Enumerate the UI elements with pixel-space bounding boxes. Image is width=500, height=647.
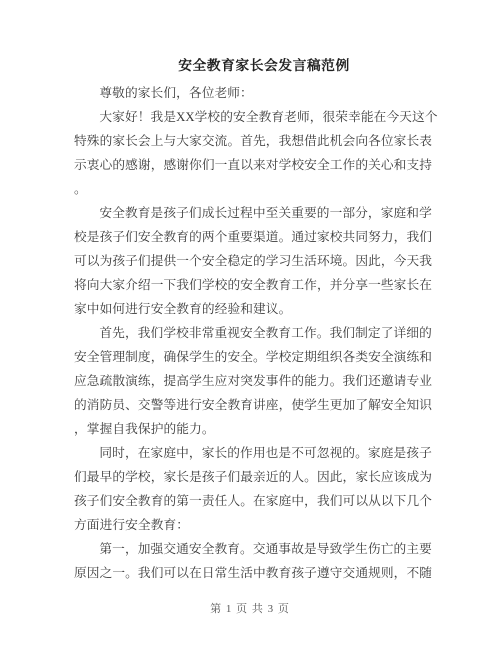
paragraph: 大家好！我是XX学校的安全教育老师，很荣幸能在今天这个特殊的家长会上与大家交流。… <box>74 105 428 201</box>
text-line: ，掌握自我保护的能力。 <box>74 417 428 441</box>
paragraph: 尊敬的家长们，各位老师： <box>74 81 428 105</box>
text-line: 应急疏散演练，提高学生应对突发事件的能力。我们还邀请专业 <box>74 369 428 393</box>
paragraph: 安全教育是孩子们成长过程中至关重要的一部分，家庭和学校是孩子们安全教育的两个重要… <box>74 201 428 321</box>
text-line: 安全教育是孩子们成长过程中至关重要的一部分，家庭和学 <box>74 201 428 225</box>
text-line: 校是孩子们安全教育的两个重要渠道。通过家校共同努力，我们 <box>74 225 428 249</box>
text-line: 特殊的家长会上与大家交流。首先，我想借此机会向各位家长表 <box>74 129 428 153</box>
document-title: 安全教育家长会发言稿范例 <box>14 56 500 76</box>
text-line: 示衷心的感谢，感谢你们一直以来对学校安全工作的关心和支持 <box>74 153 428 177</box>
document-page: 安全教育家长会发言稿范例 尊敬的家长们，各位老师：大家好！我是XX学校的安全教育… <box>0 0 500 647</box>
text-line: 家中如何进行安全教育的经验和建议。 <box>74 297 428 321</box>
document-body: 尊敬的家长们，各位老师：大家好！我是XX学校的安全教育老师，很荣幸能在今天这个特… <box>74 81 428 585</box>
paragraph: 同时，在家庭中，家长的作用也是不可忽视的。家庭是孩子们最早的学校，家长是孩子们最… <box>74 441 428 537</box>
text-line: 。 <box>74 177 428 201</box>
text-line: 可以为孩子们提供一个安全稳定的学习生活环境。因此，今天我 <box>74 249 428 273</box>
text-line: 的消防员、交警等进行安全教育讲座，使学生更加了解安全知识 <box>74 393 428 417</box>
page-footer: 第 1 页 共 3 页 <box>0 601 500 617</box>
text-line: 大家好！我是XX学校的安全教育老师，很荣幸能在今天这个 <box>74 105 428 129</box>
paragraph: 第一，加强交通安全教育。交通事故是导致学生伤亡的主要原因之一。我们可以在日常生活… <box>74 537 428 585</box>
text-line: 将向大家介绍一下我们学校的安全教育工作，并分享一些家长在 <box>74 273 428 297</box>
text-line: 同时，在家庭中，家长的作用也是不可忽视的。家庭是孩子 <box>74 441 428 465</box>
paragraph: 首先，我们学校非常重视安全教育工作。我们制定了详细的安全管理制度，确保学生的安全… <box>74 321 428 441</box>
text-line: 尊敬的家长们，各位老师： <box>74 81 428 105</box>
text-line: 原因之一。我们可以在日常生活中教育孩子遵守交通规则，不随 <box>74 561 428 585</box>
text-line: 第一，加强交通安全教育。交通事故是导致学生伤亡的主要 <box>74 537 428 561</box>
text-line: 安全管理制度，确保学生的安全。学校定期组织各类安全演练和 <box>74 345 428 369</box>
text-line: 方面进行安全教育： <box>74 513 428 537</box>
text-line: 孩子们安全教育的第一责任人。在家庭中，我们可以从以下几个 <box>74 489 428 513</box>
page-number: 第 1 页 共 3 页 <box>210 603 290 615</box>
text-line: 们最早的学校，家长是孩子们最亲近的人。因此，家长应该成为 <box>74 465 428 489</box>
text-line: 首先，我们学校非常重视安全教育工作。我们制定了详细的 <box>74 321 428 345</box>
